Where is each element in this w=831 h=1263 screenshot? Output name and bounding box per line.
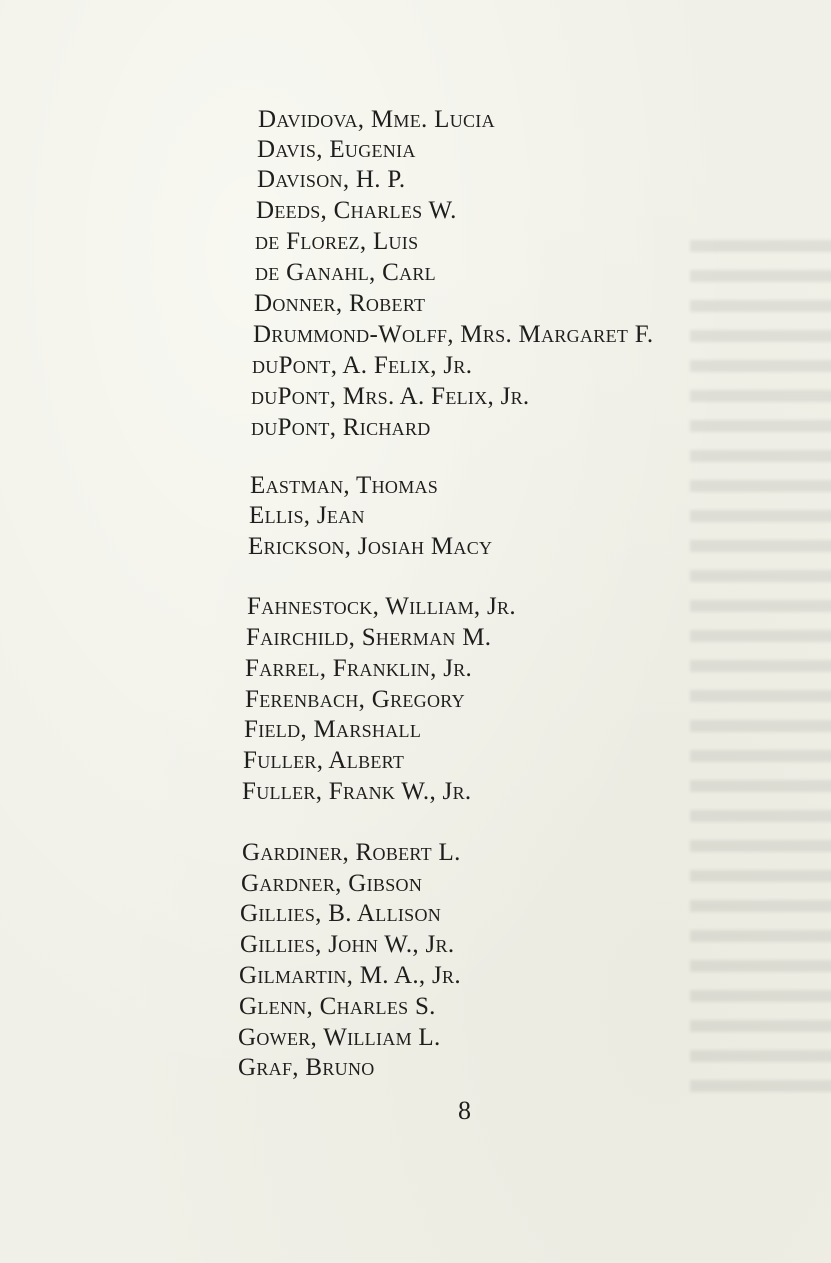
name-entry: Glenn, Charles S. [239, 993, 436, 1021]
name-entry: Eastman, Thomas [250, 472, 438, 500]
name-entry: Gower, William L. [238, 1024, 441, 1052]
name-entry: de Ganahl, Carl [255, 259, 436, 287]
name-entry: Farrel, Franklin, Jr. [245, 655, 472, 683]
name-entry: Ferenbach, Gregory [245, 686, 465, 714]
name-entry: Davis, Eugenia [257, 136, 416, 164]
name-entry: Graf, Bruno [238, 1054, 375, 1082]
name-entry: de Florez, Luis [255, 228, 418, 256]
name-entry: Davidova, Mme. Lucia [258, 106, 495, 134]
page-number: 8 [458, 1096, 471, 1126]
name-entry: Ellis, Jean [249, 502, 365, 530]
name-entry: Fuller, Frank W., Jr. [242, 778, 471, 806]
name-entry: Gardner, Gibson [241, 870, 422, 898]
name-entry: Gardiner, Robert L. [242, 839, 461, 867]
reverse-side-bleed-through [690, 240, 831, 1100]
name-entry: Gillies, John W., Jr. [240, 931, 454, 959]
name-entry: Deeds, Charles W. [256, 197, 457, 225]
name-entry: Davison, H. P. [257, 166, 405, 194]
name-entry: duPont, Richard [251, 414, 431, 442]
name-entry: Donner, Robert [254, 290, 425, 318]
name-entry: Drummond-Wolff, Mrs. Margaret F. [253, 321, 653, 349]
name-entry: Gilmartin, M. A., Jr. [239, 962, 461, 990]
name-entry: duPont, Mrs. A. Felix, Jr. [251, 383, 530, 411]
name-entry: duPont, A. Felix, Jr. [252, 352, 472, 380]
name-entry: Field, Marshall [244, 716, 421, 744]
name-entry: Fahnestock, William, Jr. [247, 593, 516, 621]
name-entry: Fairchild, Sherman M. [246, 624, 491, 652]
name-entry: Fuller, Albert [243, 747, 404, 775]
name-entry: Gillies, B. Allison [240, 900, 441, 928]
book-page: Davidova, Mme. Lucia Davis, Eugenia Davi… [0, 0, 831, 1263]
name-entry: Erickson, Josiah Macy [248, 533, 492, 561]
